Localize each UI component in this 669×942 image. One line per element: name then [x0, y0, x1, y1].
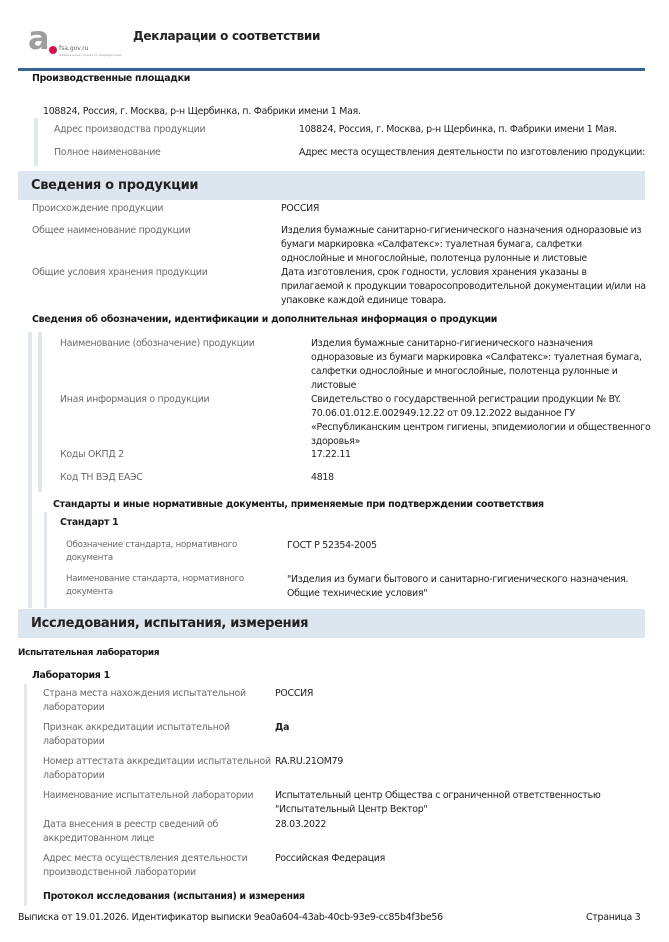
- lab-title: Лаборатория 1: [32, 669, 110, 683]
- field-value: Свидетельство о государственной регистра…: [311, 393, 661, 449]
- logo-site: fsa.gov.ru: [59, 45, 89, 52]
- fsa-logo: а fsa.gov.ru Федеральная служба по аккре…: [28, 26, 108, 60]
- production-sites-heading: Производственные площадки: [32, 72, 190, 86]
- field-value: РОССИЯ: [281, 202, 319, 216]
- field-label: Обозначение стандарта, нормативного доку…: [66, 539, 256, 565]
- extract-identifier: Выписка от 19.01.2026. Идентификатор вып…: [18, 912, 443, 923]
- field-label: Коды ОКПД 2: [60, 448, 124, 462]
- field-label: Иная информация о продукции: [60, 393, 209, 407]
- field-label: Дата внесения в реестр сведений об аккре…: [43, 818, 248, 846]
- field-value: РОССИЯ: [275, 687, 313, 701]
- production-site-address: 108824, Россия, г. Москва, р-н Щербинка,…: [43, 105, 361, 119]
- field-label: Адрес производства продукции: [54, 123, 205, 137]
- field-value: Да: [275, 721, 289, 735]
- field-label: Признак аккредитации испытательной лабор…: [43, 721, 248, 749]
- field-label: Наименование стандарта, нормативного док…: [66, 573, 256, 599]
- indent-bar: [38, 332, 42, 492]
- identification-heading: Сведения об обозначении, идентификации и…: [32, 313, 497, 327]
- field-value: Изделия бумажные санитарно-гигиеническог…: [281, 224, 646, 266]
- standards-heading: Стандарты и иные нормативные документы, …: [53, 498, 544, 512]
- field-label: Происхождение продукции: [32, 202, 163, 216]
- field-value: Изделия бумажные санитарно-гигиеническог…: [311, 337, 656, 393]
- logo-dot-icon: [49, 46, 57, 54]
- field-label: Наименование испытательной лаборатории: [43, 789, 253, 803]
- field-label: Код ТН ВЭД ЕАЭС: [60, 471, 143, 485]
- document-title: Декларации о соответствии: [133, 29, 320, 43]
- logo-subtitle: Федеральная служба по аккредитации: [59, 53, 122, 57]
- field-value: Российская Федерация: [275, 852, 385, 866]
- field-value: ГОСТ Р 52354-2005: [287, 539, 377, 553]
- field-value: Испытательный центр Общества с ограничен…: [275, 789, 645, 817]
- indent-bar: [34, 118, 38, 166]
- field-value: 108824, Россия, г. Москва, р-н Щербинка,…: [299, 123, 617, 137]
- field-value: "Изделия из бумаги бытового и санитарно-…: [287, 573, 647, 601]
- standard-title: Стандарт 1: [60, 516, 118, 530]
- section-header-product: Сведения о продукции: [18, 171, 645, 200]
- field-label: Наименование (обозначение) продукции: [60, 337, 255, 351]
- field-label: Общие условия хранения продукции: [32, 266, 208, 280]
- indent-bar: [28, 332, 32, 608]
- indent-bar: [24, 684, 27, 906]
- section-header-research: Исследования, испытания, измерения: [18, 609, 645, 638]
- field-value: 28.03.2022: [275, 818, 326, 832]
- field-label: Страна места нахождения испытательной ла…: [43, 687, 248, 715]
- field-value: 4818: [311, 471, 334, 485]
- field-label: Полное наименование: [54, 146, 161, 160]
- page-number: Страница 3: [586, 912, 641, 923]
- lab-heading: Испытательная лаборатория: [18, 646, 159, 660]
- section-title: Сведения о продукции: [18, 171, 645, 200]
- field-value: RA.RU.21OM79: [275, 755, 343, 769]
- field-value: 17.22.11: [311, 448, 351, 462]
- header-divider: [18, 68, 645, 71]
- section-title: Исследования, испытания, измерения: [18, 609, 645, 638]
- protocol-heading: Протокол исследования (испытания) и изме…: [43, 890, 305, 904]
- field-value: Дата изготовления, срок годности, услови…: [281, 266, 646, 308]
- field-label: Номер аттестата аккредитации испытательн…: [43, 755, 278, 783]
- field-label: Адрес места осуществления деятельности п…: [43, 852, 263, 880]
- field-label: Общее наименование продукции: [32, 224, 191, 238]
- logo-letter-icon: а: [28, 22, 50, 54]
- field-value: Адрес места осуществления деятельности п…: [299, 146, 645, 160]
- indent-bar: [44, 512, 47, 608]
